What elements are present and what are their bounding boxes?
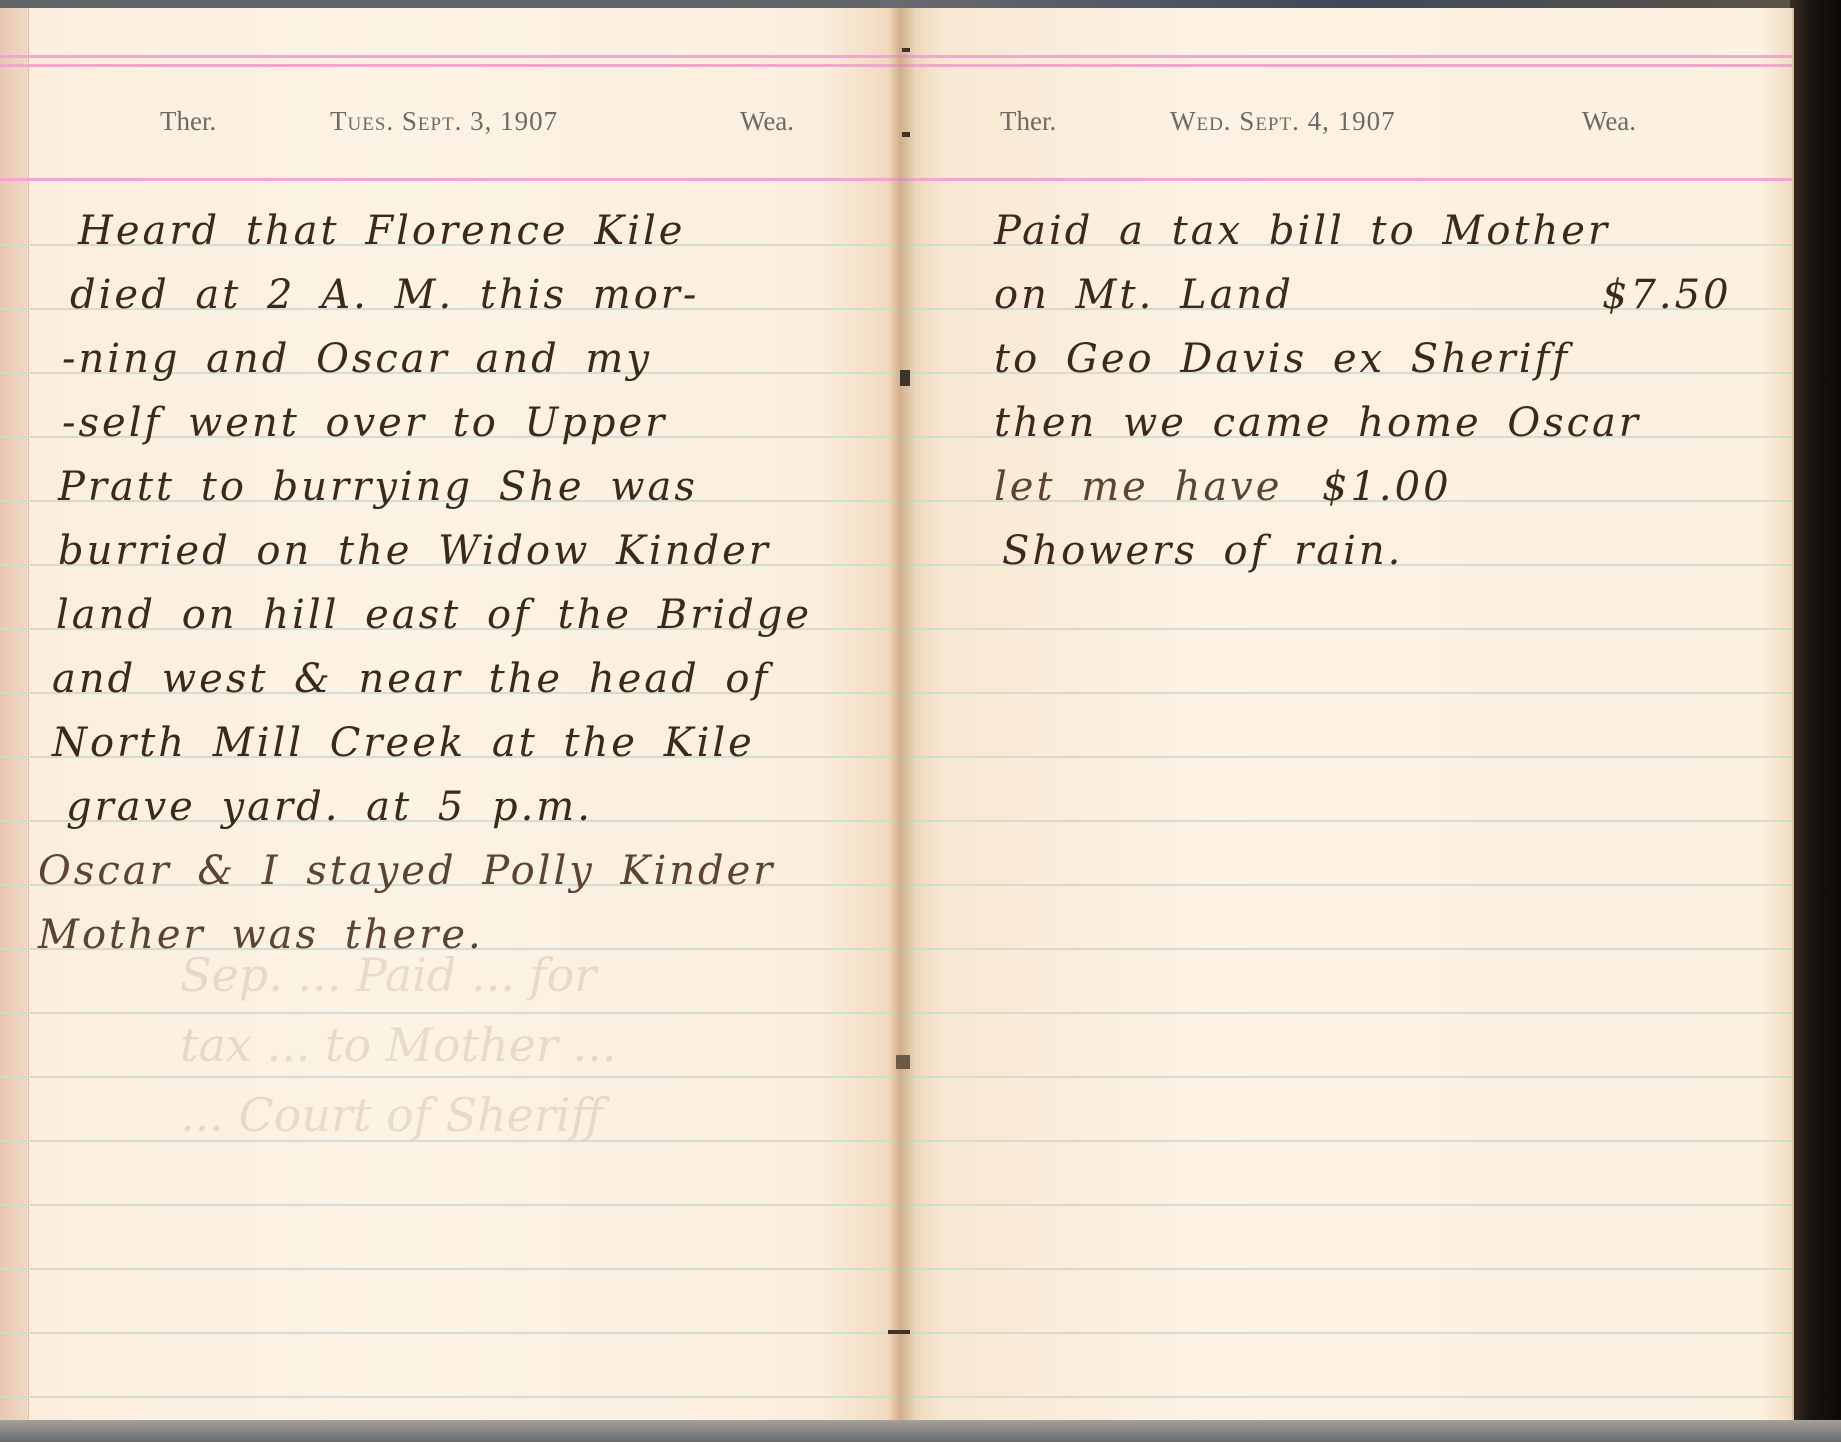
date-heading: Wed. Sept. 4, 1907: [1170, 106, 1396, 137]
ruled-line: [902, 820, 1792, 822]
binding-stitch: [900, 370, 910, 386]
thermometer-label: Ther.: [1000, 106, 1056, 137]
entry-line: to Geo Davis ex Sheriff: [994, 336, 1570, 382]
header-underline-rule: [902, 178, 1792, 181]
show-through-ink: tax ... to Mother ...: [180, 1018, 616, 1072]
entry-line: Showers of rain.: [1002, 528, 1403, 574]
left-page-header: Ther. Tues. Sept. 3, 1907 Wea.: [0, 106, 902, 146]
ruled-line: [902, 1204, 1792, 1206]
entry-line: Heard that Florence Kile: [78, 208, 685, 254]
scanner-bed-edge: [0, 1420, 1841, 1442]
ruled-line: [0, 1204, 902, 1206]
image-margin: [0, 1442, 1841, 1455]
entry-line: North Mill Creek at the Kile: [52, 720, 755, 766]
entry-line: Pratt to burrying She was: [58, 464, 698, 510]
entry-line: Mother was there.: [38, 912, 484, 958]
ruled-line: [902, 1268, 1792, 1270]
left-page: Ther. Tues. Sept. 3, 1907 Wea. Sep. ... …: [0, 8, 902, 1420]
top-double-rule-2: [0, 64, 902, 67]
entry-line: Paid a tax bill to Mother: [994, 208, 1610, 254]
date-heading: Tues. Sept. 3, 1907: [330, 106, 558, 137]
entry-line: land on hill east of the Bridge: [56, 592, 812, 638]
ruled-line: [902, 756, 1792, 758]
ruled-line: [902, 884, 1792, 886]
show-through-ink: ... Court of Sheriff: [180, 1088, 603, 1142]
entry-line: grave yard. at 5 p.m.: [66, 784, 593, 830]
top-double-rule-1: [902, 55, 1792, 58]
binding-stitch: [896, 1055, 910, 1069]
entry-line: and west & near the head of: [52, 656, 770, 702]
entry-line: died at 2 A. M. this mor-: [70, 272, 699, 318]
right-page: Ther. Wed. Sept. 4, 1907 Wea. Paid a tax…: [902, 8, 1794, 1420]
ruled-line: [0, 1076, 902, 1078]
entry-line: burried on the Widow Kinder: [58, 528, 771, 574]
ruled-line: [0, 1268, 902, 1270]
binding-stitch: [888, 1330, 910, 1334]
ruled-line: [902, 1140, 1792, 1142]
ruled-line: [902, 692, 1792, 694]
binding-stitch: [902, 132, 910, 137]
thermometer-label: Ther.: [160, 106, 216, 137]
entry-line: on Mt. Land: [994, 272, 1294, 318]
ruled-line: [0, 1396, 902, 1398]
entry-line: -self went over to Upper: [62, 400, 667, 446]
weather-label: Wea.: [740, 106, 794, 137]
entry-line: then we came home Oscar: [994, 400, 1641, 446]
right-page-header: Ther. Wed. Sept. 4, 1907 Wea.: [902, 106, 1792, 146]
ruled-line: [902, 1396, 1792, 1398]
binding-stitch: [902, 48, 910, 52]
header-underline-rule: [0, 178, 902, 181]
ruled-line: [902, 628, 1792, 630]
top-double-rule-1: [0, 55, 902, 58]
top-double-rule-2: [902, 64, 1792, 67]
tax-bill-amount: $7.50: [1602, 272, 1732, 318]
page-stack-edge: [0, 8, 29, 1420]
entry-line: let me have: [994, 464, 1282, 510]
ruled-line: [902, 948, 1792, 950]
book-gutter: [888, 8, 916, 1420]
entry-line: -ning and Oscar and my: [62, 336, 652, 382]
entry-line: Oscar & I stayed Polly Kinder: [38, 848, 775, 894]
ruled-line: [0, 1012, 902, 1014]
ruled-line: [902, 1332, 1792, 1334]
ruled-line: [0, 1332, 902, 1334]
ruled-line: [902, 1012, 1792, 1014]
book-cover-edge: [1790, 0, 1841, 1440]
weather-label: Wea.: [1582, 106, 1636, 137]
loan-amount: $1.00: [1322, 464, 1452, 510]
ruled-line: [902, 1076, 1792, 1078]
